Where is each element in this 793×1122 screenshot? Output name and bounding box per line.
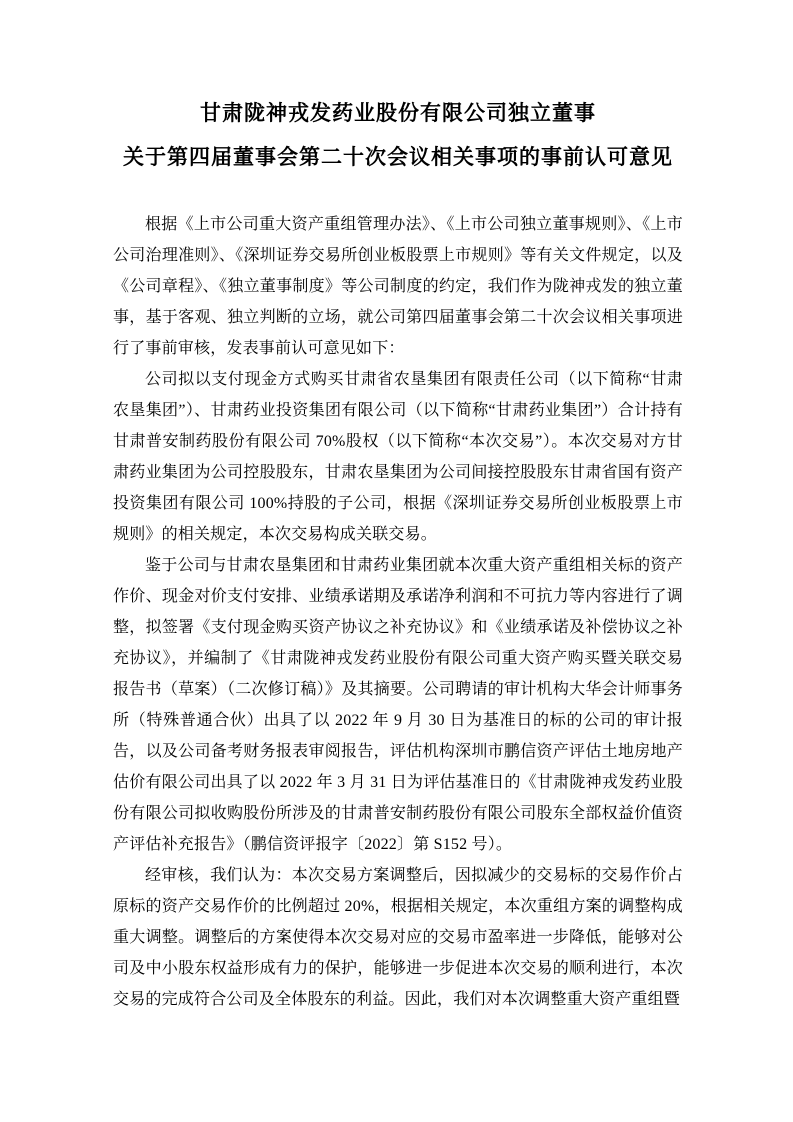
document-title-line-1: 甘肃陇神戎发药业股份有限公司独立董事 (113, 91, 683, 135)
document-content: 甘肃陇神戎发药业股份有限公司独立董事 关于第四届董事会第二十次会议相关事项的事前… (0, 0, 793, 1015)
paragraph-adjustment-details: 鉴于公司与甘肃农垦集团和甘肃药业集团就本次重大资产重组相关标的资产作价、现金对价… (113, 550, 683, 860)
document-title-line-2: 关于第四届董事会第二十次会议相关事项的事前认可意见 (113, 135, 683, 179)
document-title: 甘肃陇神戎发药业股份有限公司独立董事 关于第四届董事会第二十次会议相关事项的事前… (113, 0, 683, 179)
paragraph-basis: 根据《上市公司重大资产重组管理办法》、《上市公司独立董事规则》、《上市公司治理准… (113, 209, 683, 364)
document-body: 根据《上市公司重大资产重组管理办法》、《上市公司独立董事规则》、《上市公司治理准… (113, 209, 683, 1015)
paragraph-transaction-overview: 公司拟以支付现金方式购买甘肃省农垦集团有限责任公司（以下简称“甘肃农垦集团”）、… (113, 364, 683, 550)
paragraph-opinion: 经审核，我们认为：本次交易方案调整后，因拟减少的交易标的交易作价占原标的资产交易… (113, 860, 683, 1015)
document-page: 甘肃陇神戎发药业股份有限公司独立董事 关于第四届董事会第二十次会议相关事项的事前… (0, 0, 793, 1122)
